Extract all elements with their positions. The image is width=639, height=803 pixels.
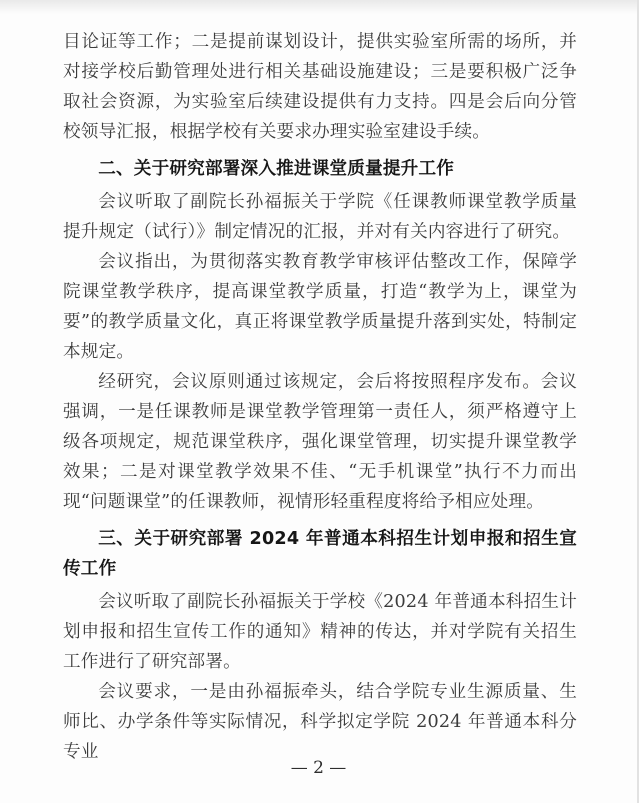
scan-shade [0,0,637,14]
section-heading-2: 二、关于研究部署深入推进课堂质量提升工作 [63,154,577,184]
continuation-paragraph: 目论证等工作；二是提前谋划设计，提供实验室所需的场所，并对接学校后勤管理处进行相… [63,27,577,147]
document-page: 目论证等工作；二是提前谋划设计，提供实验室所需的场所，并对接学校后勤管理处进行相… [0,0,639,803]
document-body: 目论证等工作；二是提前谋划设计，提供实验室所需的场所，并对接学校后勤管理处进行相… [63,27,577,767]
paragraph: 会议指出，为贯彻落实教育教学审核评估整改工作，保障学院课堂教学秩序，提高课堂教学… [63,247,577,367]
section-heading-3: 三、关于研究部署 2024 年普通本科招生计划申报和招生宣传工作 [63,524,577,584]
paragraph: 会议听取了副院长孙福振关于学校《2024 年普通本科招生计划申报和招生宣传工作的… [63,587,577,677]
page-number: — 2 — [0,755,637,781]
paragraph: 会议听取了副院长孙福振关于学院《任课教师课堂教学质量提升规定（试行）》制定情况的… [63,187,577,247]
paragraph: 经研究，会议原则通过该规定，会后将按照程序发布。会议强调，一是任课教师是课堂教学… [63,367,577,517]
paragraph: 会议要求，一是由孙福振牵头，结合学院专业生源质量、生师比、办学条件等实际情况，科… [63,677,577,767]
